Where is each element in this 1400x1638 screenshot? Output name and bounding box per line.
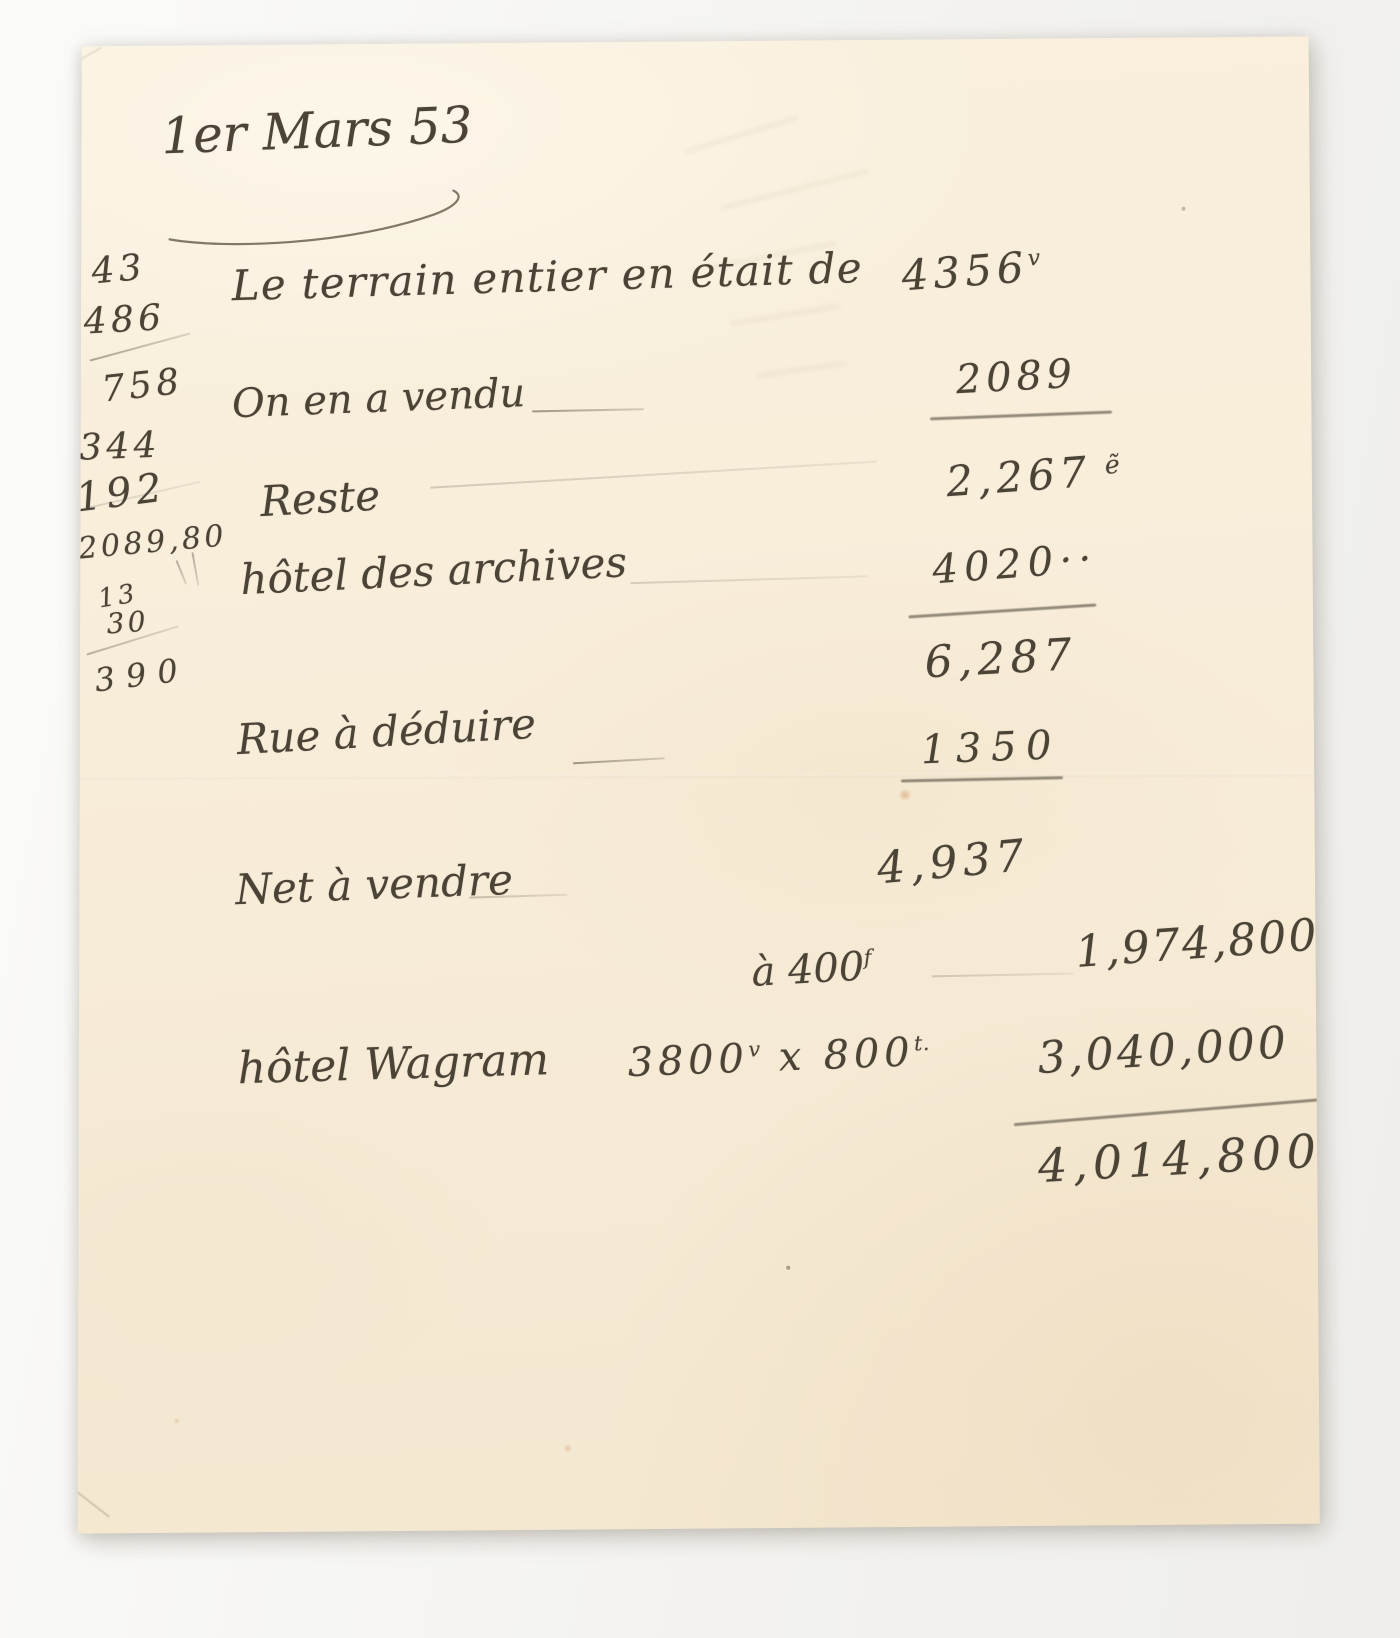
entry-value-rue: 1350 <box>920 722 1062 773</box>
ink-speck <box>1181 207 1185 211</box>
entry-calc-wagram: 3800vx 800t. <box>627 1029 931 1086</box>
pencil-dash <box>532 408 644 412</box>
value-number: 2,267 <box>944 447 1093 506</box>
pencil-dash <box>573 757 665 764</box>
date-flourish <box>165 181 495 252</box>
value-number: 4356 <box>900 242 1030 300</box>
entry-value-terrain: 4356v <box>900 241 1043 300</box>
ghost-writing-mark <box>721 169 869 210</box>
margin-number: 486 <box>83 297 167 342</box>
calc-unit: v <box>748 1037 761 1061</box>
value-underline <box>930 411 1112 421</box>
stray-pencil-mark <box>191 552 199 586</box>
rust-stain <box>563 1444 573 1452</box>
calc-unit: t. <box>914 1031 931 1056</box>
pencil-dash <box>931 973 1073 978</box>
margin-number: 758 <box>100 361 186 411</box>
entry-label-wagram: hôtel Wagram <box>237 1034 550 1094</box>
corner-crease <box>75 47 102 64</box>
entry-value-vendu: 2089 <box>955 351 1078 404</box>
value-unit: v <box>1027 246 1042 272</box>
manuscript-paper: 1er Mars 53 43 486 758 344 192 2089,80 1… <box>73 36 1320 1533</box>
total-value: 4,014,800 <box>1037 1124 1323 1194</box>
paper-shadow: 1er Mars 53 43 486 758 344 192 2089,80 1… <box>0 0 1400 1638</box>
subtotal-value: 6,287 <box>923 629 1078 688</box>
entry-label-rue: Rue à déduire <box>236 699 538 764</box>
margin-number: 344 <box>78 425 161 469</box>
margin-number: 43 <box>90 247 148 293</box>
scanned-document: 1er Mars 53 43 486 758 344 192 2089,80 1… <box>0 0 1400 1638</box>
ghost-writing-mark <box>685 115 799 154</box>
pencil-rule <box>430 461 877 489</box>
stray-pencil-mark <box>175 560 187 585</box>
entry-label-prix: à 400f <box>750 943 873 996</box>
calc-term: 3800 <box>627 1036 750 1087</box>
entry-label-terrain: Le terrain entier en était de <box>231 243 863 310</box>
corner-crease <box>72 1488 110 1518</box>
rust-stain <box>897 789 913 800</box>
sum-rule <box>908 603 1096 618</box>
calc-term: x 800 <box>778 1029 915 1080</box>
ghost-writing-mark <box>758 361 848 378</box>
entry-label-net: Net à vendre <box>234 855 513 914</box>
entry-label-archives: hôtel des archives <box>239 537 628 604</box>
entry-value-net: 4,937 <box>875 830 1031 894</box>
entry-value-wagram: 3,040,000 <box>1036 1017 1290 1084</box>
entry-value-archives: 4020·· <box>931 535 1100 593</box>
fold-crease <box>75 772 1318 779</box>
ink-speck <box>786 1266 790 1270</box>
margin-number: 390 <box>92 650 191 699</box>
entry-value-prix: 1,974,800 <box>1074 909 1321 978</box>
value-unit: ẽ <box>1104 449 1126 479</box>
total-rule <box>1014 1097 1333 1125</box>
margin-number: 2089,80 <box>77 518 229 566</box>
rust-stain <box>173 1417 181 1424</box>
date-heading: 1er Mars 53 <box>160 96 473 166</box>
label-unit: f <box>863 945 872 969</box>
entry-label-vendu: On en a vendu <box>231 370 526 427</box>
pencil-rule <box>630 575 868 584</box>
ghost-writing-mark <box>729 304 840 326</box>
entry-label-reste: Reste <box>259 471 381 527</box>
label-text: à 400 <box>750 944 865 996</box>
entry-value-reste: 2,267ẽ <box>944 444 1126 506</box>
